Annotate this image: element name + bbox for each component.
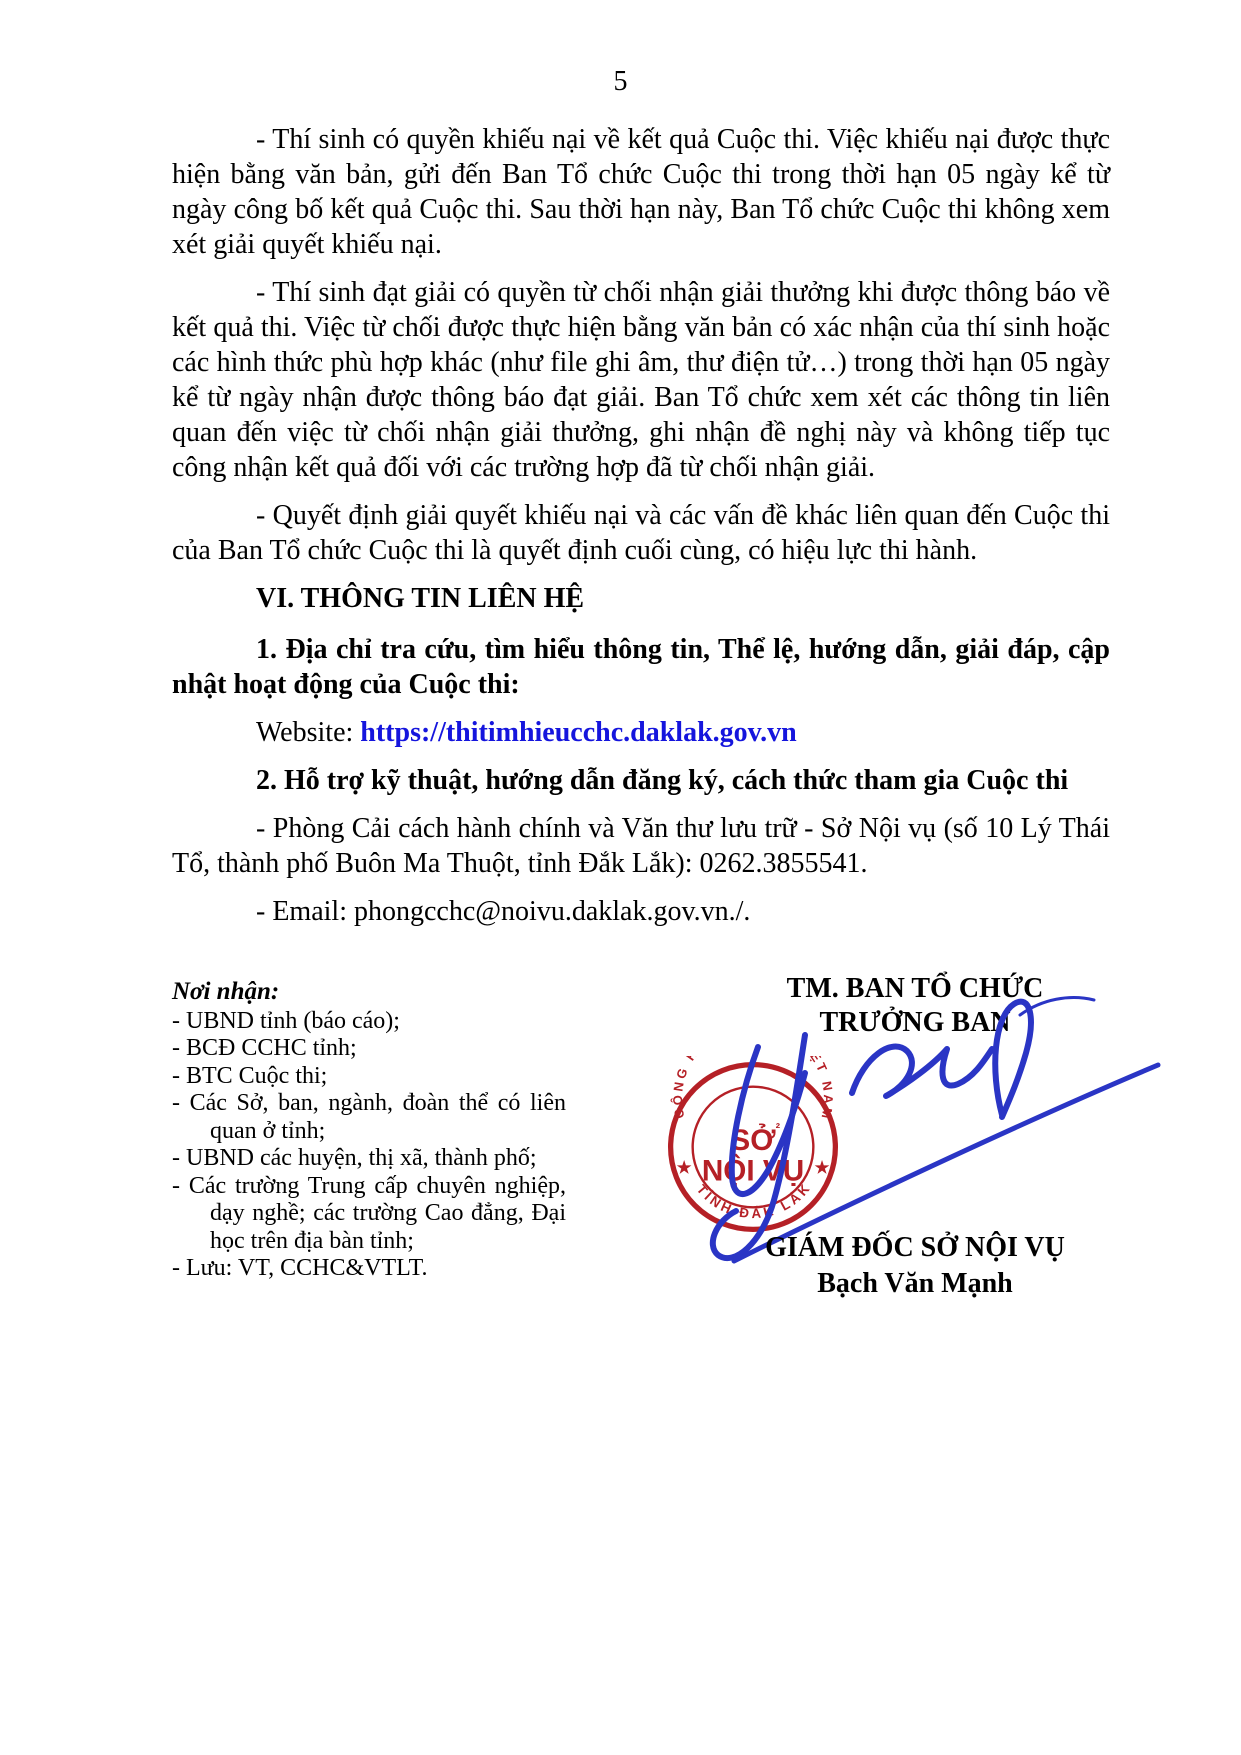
paragraph-final-decision: - Quyết định giải quyết khiếu nại và các…	[172, 498, 1110, 568]
recipients-list: - UBND tỉnh (báo cáo); - BCĐ CCHC tỉnh; …	[172, 1008, 566, 1283]
signature-stroke	[995, 1002, 1031, 1117]
signer-block: GIÁM ĐỐC SỞ NỘI VỤ Bạch Văn Mạnh	[700, 1230, 1130, 1302]
phone-line: - Phòng Cải cách hành chính và Văn thư l…	[172, 811, 1110, 881]
document-body: - Thí sinh có quyền khiếu nại về kết quả…	[172, 122, 1110, 942]
recipient-item: - Các trường Trung cấp chuyên nghiệp, dạ…	[172, 1173, 566, 1256]
signature-stroke	[713, 1035, 805, 1258]
recipients-label: Nơi nhận:	[172, 978, 566, 1006]
contact-item-2: 2. Hỗ trợ kỹ thuật, hướng dẫn đăng ký, c…	[172, 763, 1110, 798]
website-label: Website:	[256, 717, 360, 748]
recipient-item: - UBND các huyện, thị xã, thành phố;	[172, 1145, 566, 1173]
paragraph-refuse-prize: - Thí sinh đạt giải có quyền từ chối nhậ…	[172, 275, 1110, 485]
website-link[interactable]: https://thitimhieucchc.daklak.gov.vn	[360, 717, 796, 748]
document-page: 5 - Thí sinh có quyền khiếu nại về kết q…	[0, 0, 1241, 1755]
recipients-block: Nơi nhận: - UBND tỉnh (báo cáo); - BCĐ C…	[172, 978, 566, 1283]
paragraph-complaint: - Thí sinh có quyền khiếu nại về kết quả…	[172, 122, 1110, 262]
signer-name: Bạch Văn Mạnh	[700, 1266, 1130, 1302]
recipient-item: - Các Sở, ban, ngành, đoàn thể có liên q…	[172, 1090, 566, 1145]
contact-item-1: 1. Địa chỉ tra cứu, tìm hiểu thông tin, …	[172, 632, 1110, 702]
website-line: Website: https://thitimhieucchc.daklak.g…	[172, 715, 1110, 750]
signature-stroke	[852, 1047, 992, 1096]
signer-title: GIÁM ĐỐC SỞ NỘI VỤ	[700, 1230, 1130, 1266]
recipient-item: - Lưu: VT, CCHC&VTLT.	[172, 1255, 566, 1283]
page-number: 5	[0, 66, 1241, 98]
recipient-item: - UBND tỉnh (báo cáo);	[172, 1008, 566, 1036]
recipient-item: - BTC Cuộc thi;	[172, 1063, 566, 1091]
recipient-item: - BCĐ CCHC tỉnh;	[172, 1035, 566, 1063]
section-heading-contact-info: VI. THÔNG TIN LIÊN HỆ	[172, 581, 1110, 616]
